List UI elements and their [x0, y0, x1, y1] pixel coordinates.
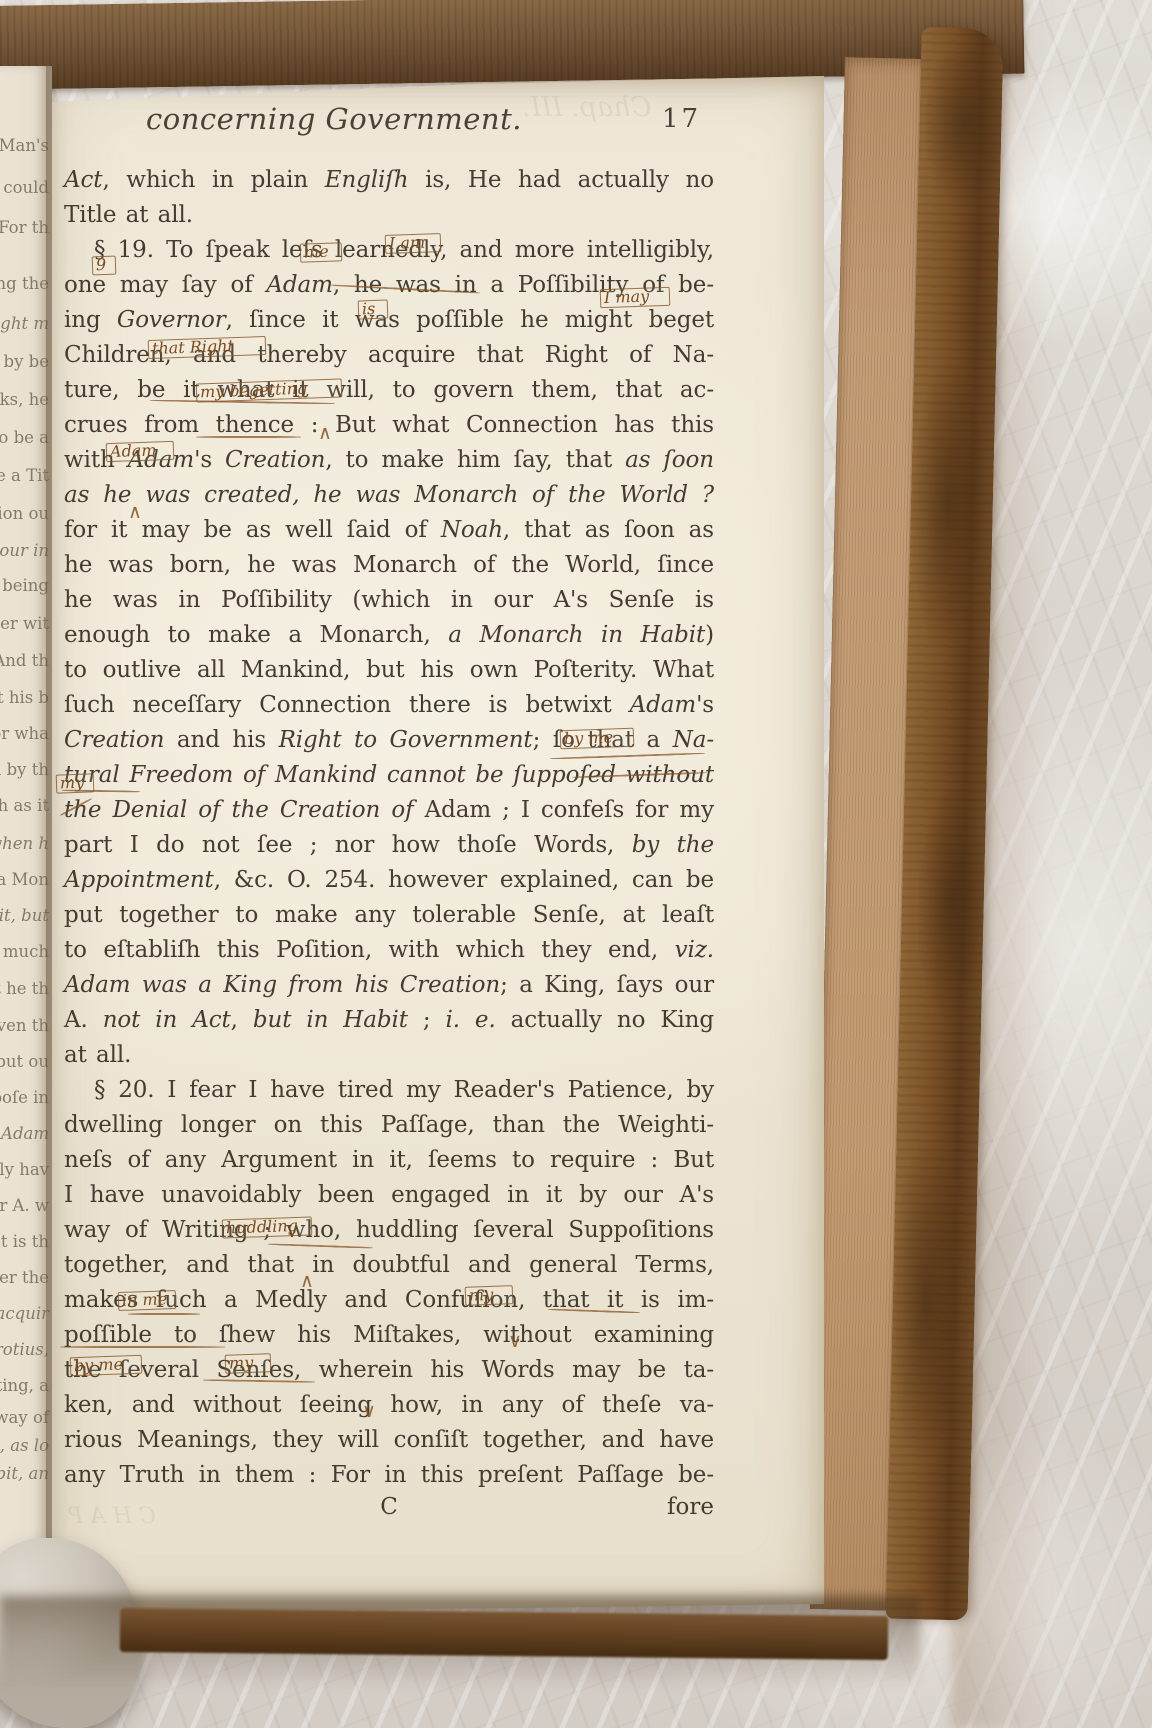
- facing-page-fragment: ernour in: [0, 541, 49, 560]
- facing-page-fragment: Habit, an: [0, 1464, 49, 1483]
- facing-page-fragment: ually hav: [0, 1160, 49, 1179]
- facing-page-fragment: dam could: [0, 178, 49, 197]
- text-line: the Denial of the Creation of Adam ; I c…: [64, 793, 714, 828]
- text-line: I have unavoidably been engaged in it by…: [64, 1178, 714, 1213]
- facing-page-sliver: t a Man'sdam could; For th, being theal …: [0, 66, 52, 1612]
- facing-page-fragment: : for wha: [0, 724, 49, 743]
- handwritten-annotation: me: [300, 242, 343, 262]
- facing-page-fragment: ection ou: [0, 504, 49, 523]
- text-line: Title at all.: [64, 198, 714, 233]
- signature-mark: C: [64, 1494, 714, 1520]
- text-line: A. not in Act, but in Habit ; i. e. actu…: [64, 1003, 714, 1038]
- ink-caret: ∧: [300, 1272, 314, 1291]
- ink-caret: ∧: [318, 424, 332, 443]
- text-line: to eſtabliſh this Poſition, with which t…: [64, 933, 714, 968]
- ink-caret: ∨: [362, 1402, 376, 1421]
- handwritten-annotation: huddling: [222, 1216, 313, 1238]
- text-line: way of Writing ; who, huddling ſeveral S…: [64, 1213, 714, 1248]
- ink-caret: ∧: [128, 503, 142, 522]
- text-line: neſs of any Argument in it, ſeems to req…: [64, 1143, 714, 1178]
- facing-page-fragment: , being the: [0, 274, 49, 293]
- text-line: § 20. I fear I have tired my Reader's Pa…: [64, 1073, 714, 1108]
- handwritten-annotation: in me: [118, 1290, 177, 1311]
- ink-underline: [128, 1313, 200, 1315]
- facing-page-fragment: hen by be: [0, 352, 49, 371]
- handwritten-annotation: my: [225, 1353, 272, 1373]
- facing-page-fragment: f Grotius,: [0, 1340, 49, 1359]
- facing-page-fragment: What is th: [0, 1232, 49, 1251]
- facing-page-fragment: ren, when h: [0, 834, 49, 853]
- text-line: Appointment, &c. O. 254. however explain…: [64, 863, 714, 898]
- text-line: he was in Poſſibility (which in our A's …: [64, 583, 714, 618]
- facing-page-fragment: ave a Tit: [0, 466, 49, 485]
- text-line: at all.: [64, 1038, 714, 1073]
- facing-page-fragment: bout Adam: [0, 1124, 49, 1143]
- facing-page-fragment: to be a: [0, 428, 49, 447]
- handwritten-annotation: my: [465, 1285, 514, 1305]
- text-line: he was born, he was Monarch of the World…: [64, 548, 714, 583]
- facing-page-fragment: ot much: [0, 942, 49, 961]
- facing-page-fragment: s way of: [0, 1408, 49, 1427]
- facing-page-fragment: Father wit: [0, 614, 49, 633]
- facing-page-fragment: n a Mon: [0, 870, 49, 889]
- text-line: put together to make any tolerable Senſe…: [64, 898, 714, 933]
- book: t a Man'sdam could; For th, being theal …: [0, 0, 1152, 1728]
- facing-page-fragment: ethinks, he: [0, 390, 49, 409]
- text-line: crues from thence : But what Connection …: [64, 408, 714, 443]
- handwritten-annotation: is: [358, 299, 389, 319]
- facing-page-fragment: dam, as lo: [0, 1436, 49, 1455]
- facing-page-fragment: ; For th: [0, 218, 49, 237]
- text-line: enough to make a Monarch, a Monarch in H…: [64, 618, 714, 653]
- facing-page-fragment: s. And th: [0, 651, 49, 670]
- catchword: fore: [667, 1494, 714, 1520]
- facing-page-fragment: g but ou: [0, 1052, 49, 1071]
- text-line: ken, and without ſeeing how, in any of t…: [64, 1388, 714, 1423]
- text-line: rious Meanings, they will conſiſt togeth…: [64, 1423, 714, 1458]
- text-line: ture, be it what it will, to govern them…: [64, 373, 714, 408]
- facing-page-fragment: getting, a: [0, 1376, 49, 1395]
- bottom-cover-edge: [120, 1608, 888, 1660]
- handwritten-annotation: I may: [600, 287, 671, 308]
- text-line: to outlive all Mankind, but his own Poſt…: [64, 653, 714, 688]
- handwritten-annotation: by me: [560, 728, 635, 749]
- signature-row: C fore: [64, 1494, 714, 1530]
- text-line: for it may be as well ſaid of Noah, that…: [64, 513, 714, 548]
- facing-page-fragment: ho even th: [0, 1016, 49, 1035]
- ink-underline: [196, 436, 301, 438]
- text-line: ſuch neceſſary Connection there is betwi…: [64, 688, 714, 723]
- text-line: together, and that in doubtful and gener…: [64, 1248, 714, 1283]
- page-17: concerning Government. 17 Act, which in …: [52, 76, 824, 1610]
- text-line: Act, which in plain Engliſh is, He had a…: [64, 163, 714, 198]
- text-line: the ſeveral Senſes, wherein his Words ma…: [64, 1353, 714, 1388]
- handwritten-annotation: Adam: [106, 441, 175, 462]
- text-line: any Truth in them : For in this preſent …: [64, 1458, 714, 1493]
- text-line: part I do not ſee ; nor how thoſe Words,…: [64, 828, 714, 863]
- showthrough-text: C H A P: [68, 1504, 156, 1529]
- facing-page-fragment: hat he th: [0, 979, 49, 998]
- facing-page-fragment: s our A. w: [0, 1196, 49, 1215]
- facing-page-fragment: y of, being: [0, 576, 49, 595]
- facing-page-fragment: over the: [0, 1268, 49, 1287]
- facing-page-fragment: o him by th: [0, 760, 49, 779]
- text-line: as he was created, he was Monarch of the…: [64, 478, 714, 513]
- facing-page-fragment: writ his b: [0, 688, 49, 707]
- facing-page-fragment: Habit, but: [0, 906, 49, 925]
- showthrough-text: Chap. III.: [522, 92, 651, 123]
- text-line: dwelling longer on this Paſſage, than th…: [64, 1108, 714, 1143]
- facing-page-fragment: us acquir: [0, 1304, 49, 1323]
- text-line: ing Governor, ſince it was poſſible he m…: [64, 303, 714, 338]
- facing-page-fragment: al Right m: [0, 314, 49, 333]
- ink-underline: [60, 1346, 225, 1348]
- facing-page-fragment: much as it: [0, 796, 49, 815]
- text-block: Act, which in plain Engliſh is, He had a…: [52, 76, 824, 1610]
- handwritten-annotation: I am: [385, 233, 442, 254]
- facing-page-fragment: urpoſe in: [0, 1088, 49, 1107]
- ink-caret: ∨: [508, 1332, 522, 1351]
- handwritten-annotation: by me: [70, 1355, 143, 1376]
- handwritten-annotation: 9: [92, 256, 117, 276]
- text-line: Adam was a King from his Creation; a Kin…: [64, 968, 714, 1003]
- facing-page-fragment: t a Man's: [0, 136, 49, 155]
